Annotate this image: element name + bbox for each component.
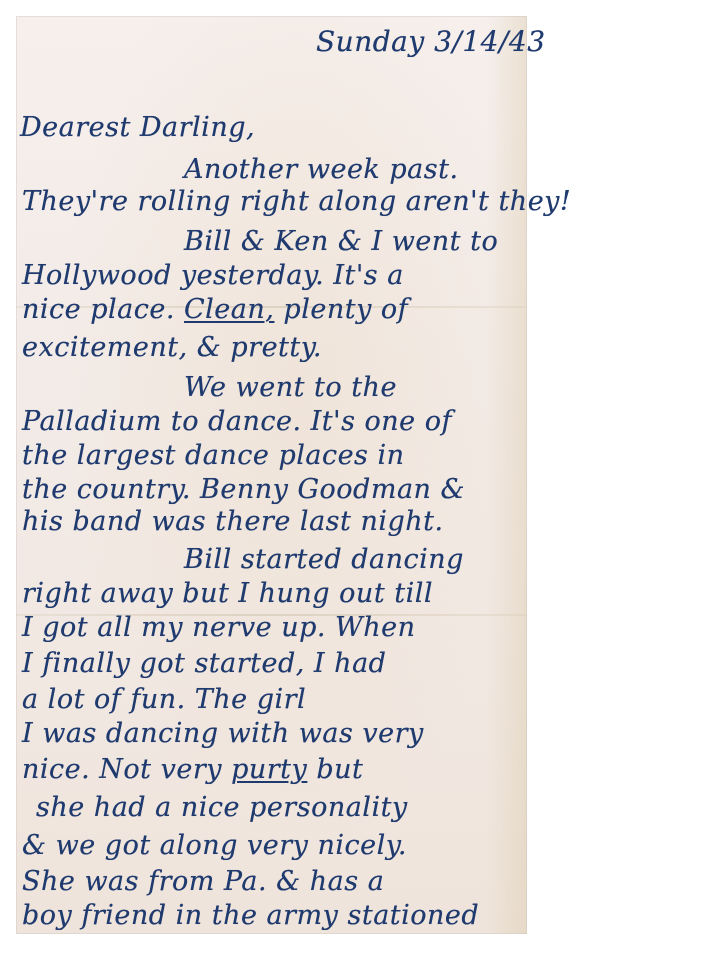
letter-line: excitement, & pretty. — [22, 332, 322, 364]
letter-text: plenty of — [274, 294, 408, 325]
letter-line: She was from Pa. & has a — [22, 866, 384, 898]
letter-line: right away but I hung out till — [22, 578, 433, 610]
letter-line: Hollywood yesterday. It's a — [22, 260, 404, 292]
letter-text: nice. Not very — [22, 754, 222, 785]
letter-line: Bill started dancing — [184, 544, 464, 576]
letter-line: she had a nice personality — [36, 792, 408, 824]
letter-date: Sunday 3/14/43 — [316, 26, 546, 58]
letter-line: a lot of fun. The girl — [22, 684, 306, 716]
letter-line: boy friend in the army stationed — [22, 900, 479, 932]
letter-line: I finally got started, I had — [22, 648, 386, 680]
letter-line: I got all my nerve up. When — [22, 612, 416, 644]
letter-line: nice place. Clean, plenty of — [22, 294, 408, 326]
letter-line: the country. Benny Goodman & — [22, 474, 465, 506]
letter-line: They're rolling right along aren't they! — [22, 186, 571, 218]
letter-page: Sunday 3/14/43 Dearest Darling, Another … — [16, 16, 527, 934]
letter-line: the largest dance places in — [22, 440, 405, 472]
letter-text: nice place. — [22, 294, 175, 325]
letter-line: I was dancing with was very — [22, 718, 424, 750]
letter-line: Another week past. — [184, 154, 459, 186]
letter-greeting: Dearest Darling, — [20, 112, 255, 144]
letter-line: We went to the — [184, 372, 397, 404]
underlined-word: purty — [231, 754, 307, 785]
letter-line: his band was there last night. — [22, 506, 444, 538]
letter-line: Bill & Ken & I went to — [184, 226, 498, 258]
letter-line: & we got along very nicely. — [22, 830, 407, 862]
letter-text: but — [307, 754, 363, 785]
letter-line: Palladium to dance. It's one of — [22, 406, 452, 438]
underlined-word: Clean, — [184, 294, 274, 325]
letter-line: nice. Not very purty but — [22, 754, 363, 786]
